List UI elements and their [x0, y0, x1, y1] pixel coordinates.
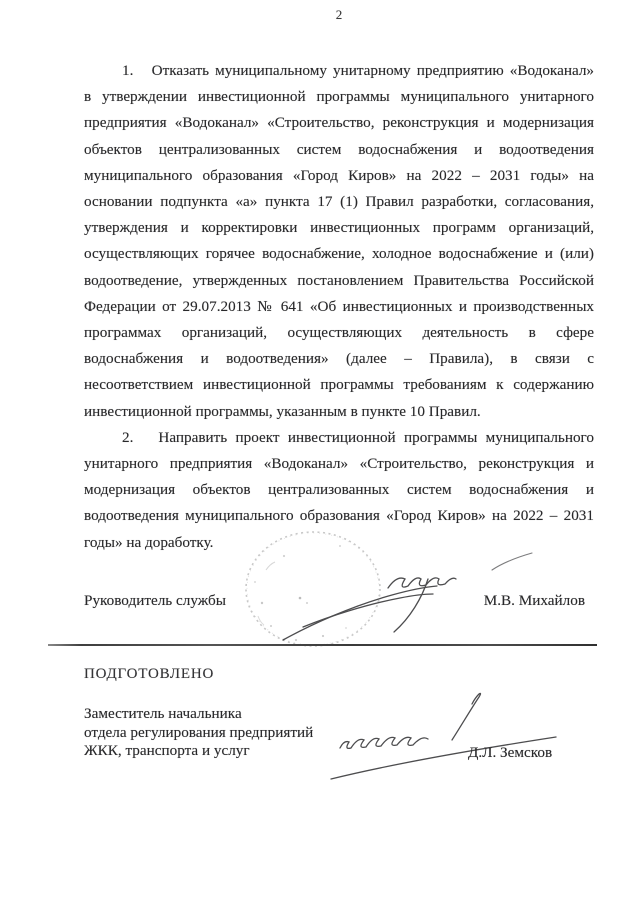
prepared-position: Заместитель начальникаотдела регулирован…: [84, 705, 344, 761]
paragraph-1-line: 1. Отказать муниципальному унитарному пр…: [84, 58, 594, 84]
prepared-name: Д.Л. Земсков: [468, 744, 552, 762]
paragraph-1-line: предприятия «Водоканал» «Строительство, …: [84, 110, 594, 136]
paragraph-1-line: Федерации от 29.07.2013 № 641 «Об инвест…: [84, 294, 594, 320]
document-page: 2 1. Отказать муниципальному унитарному …: [0, 0, 640, 905]
paragraph-1-line: осуществляющих горячее водоснабжение, хо…: [84, 241, 594, 267]
prepared-label: ПОДГОТОВЛЕНО: [84, 666, 214, 683]
approval-row: Руководитель службы М.В. Михайлов: [84, 592, 585, 610]
prepared-position-line: отдела регулирования предприятий: [84, 724, 344, 743]
page-number: 2: [84, 7, 594, 23]
paragraph-2-line: годы» на доработку.: [84, 530, 594, 556]
approval-position: Руководитель службы: [84, 592, 226, 610]
prepared-position-line: ЖКК, транспорта и услуг: [84, 742, 344, 761]
paragraph-1-line: программах организаций, осуществляющих д…: [84, 320, 594, 346]
paragraph-1-line: в утверждении инвестиционной программы м…: [84, 84, 594, 110]
paragraph-1-line: утверждения и корректировки инвестиционн…: [84, 215, 594, 241]
document-body: 1. Отказать муниципальному унитарному пр…: [84, 58, 594, 556]
paragraph-2-line: 2. Направить проект инвестиционной прогр…: [84, 425, 594, 451]
paragraph-2-line: модернизация объектов централизованных с…: [84, 477, 594, 503]
paragraph-1-line: основании подпункта «а» пункта 17 (1) Пр…: [84, 189, 594, 215]
prepared-signature-icon: [331, 693, 556, 779]
paragraph-1-line: водоснабжения и водоотведения» (далее – …: [84, 346, 594, 372]
paragraph-1-line: водоотведение, утвержденных постановлени…: [84, 268, 594, 294]
paragraph-1-line: несоответствием инвестиционной программы…: [84, 372, 594, 398]
prepared-position-line: Заместитель начальника: [84, 705, 344, 724]
paragraph-1-line: объектов централизованных систем водосна…: [84, 137, 594, 163]
section-divider-line: [48, 644, 597, 646]
approval-name: М.В. Михайлов: [484, 592, 585, 610]
paragraph-1-line: инвестиционной программы, указанным в пу…: [84, 399, 594, 425]
paragraph-2: 2. Направить проект инвестиционной прогр…: [84, 425, 594, 556]
paragraph-2-line: водоотведения муниципального образования…: [84, 503, 594, 529]
paragraph-1: 1. Отказать муниципальному унитарному пр…: [84, 58, 594, 425]
paragraph-2-line: унитарного предприятия «Водоканал» «Стро…: [84, 451, 594, 477]
paragraph-1-line: муниципального образования «Город Киров»…: [84, 163, 594, 189]
